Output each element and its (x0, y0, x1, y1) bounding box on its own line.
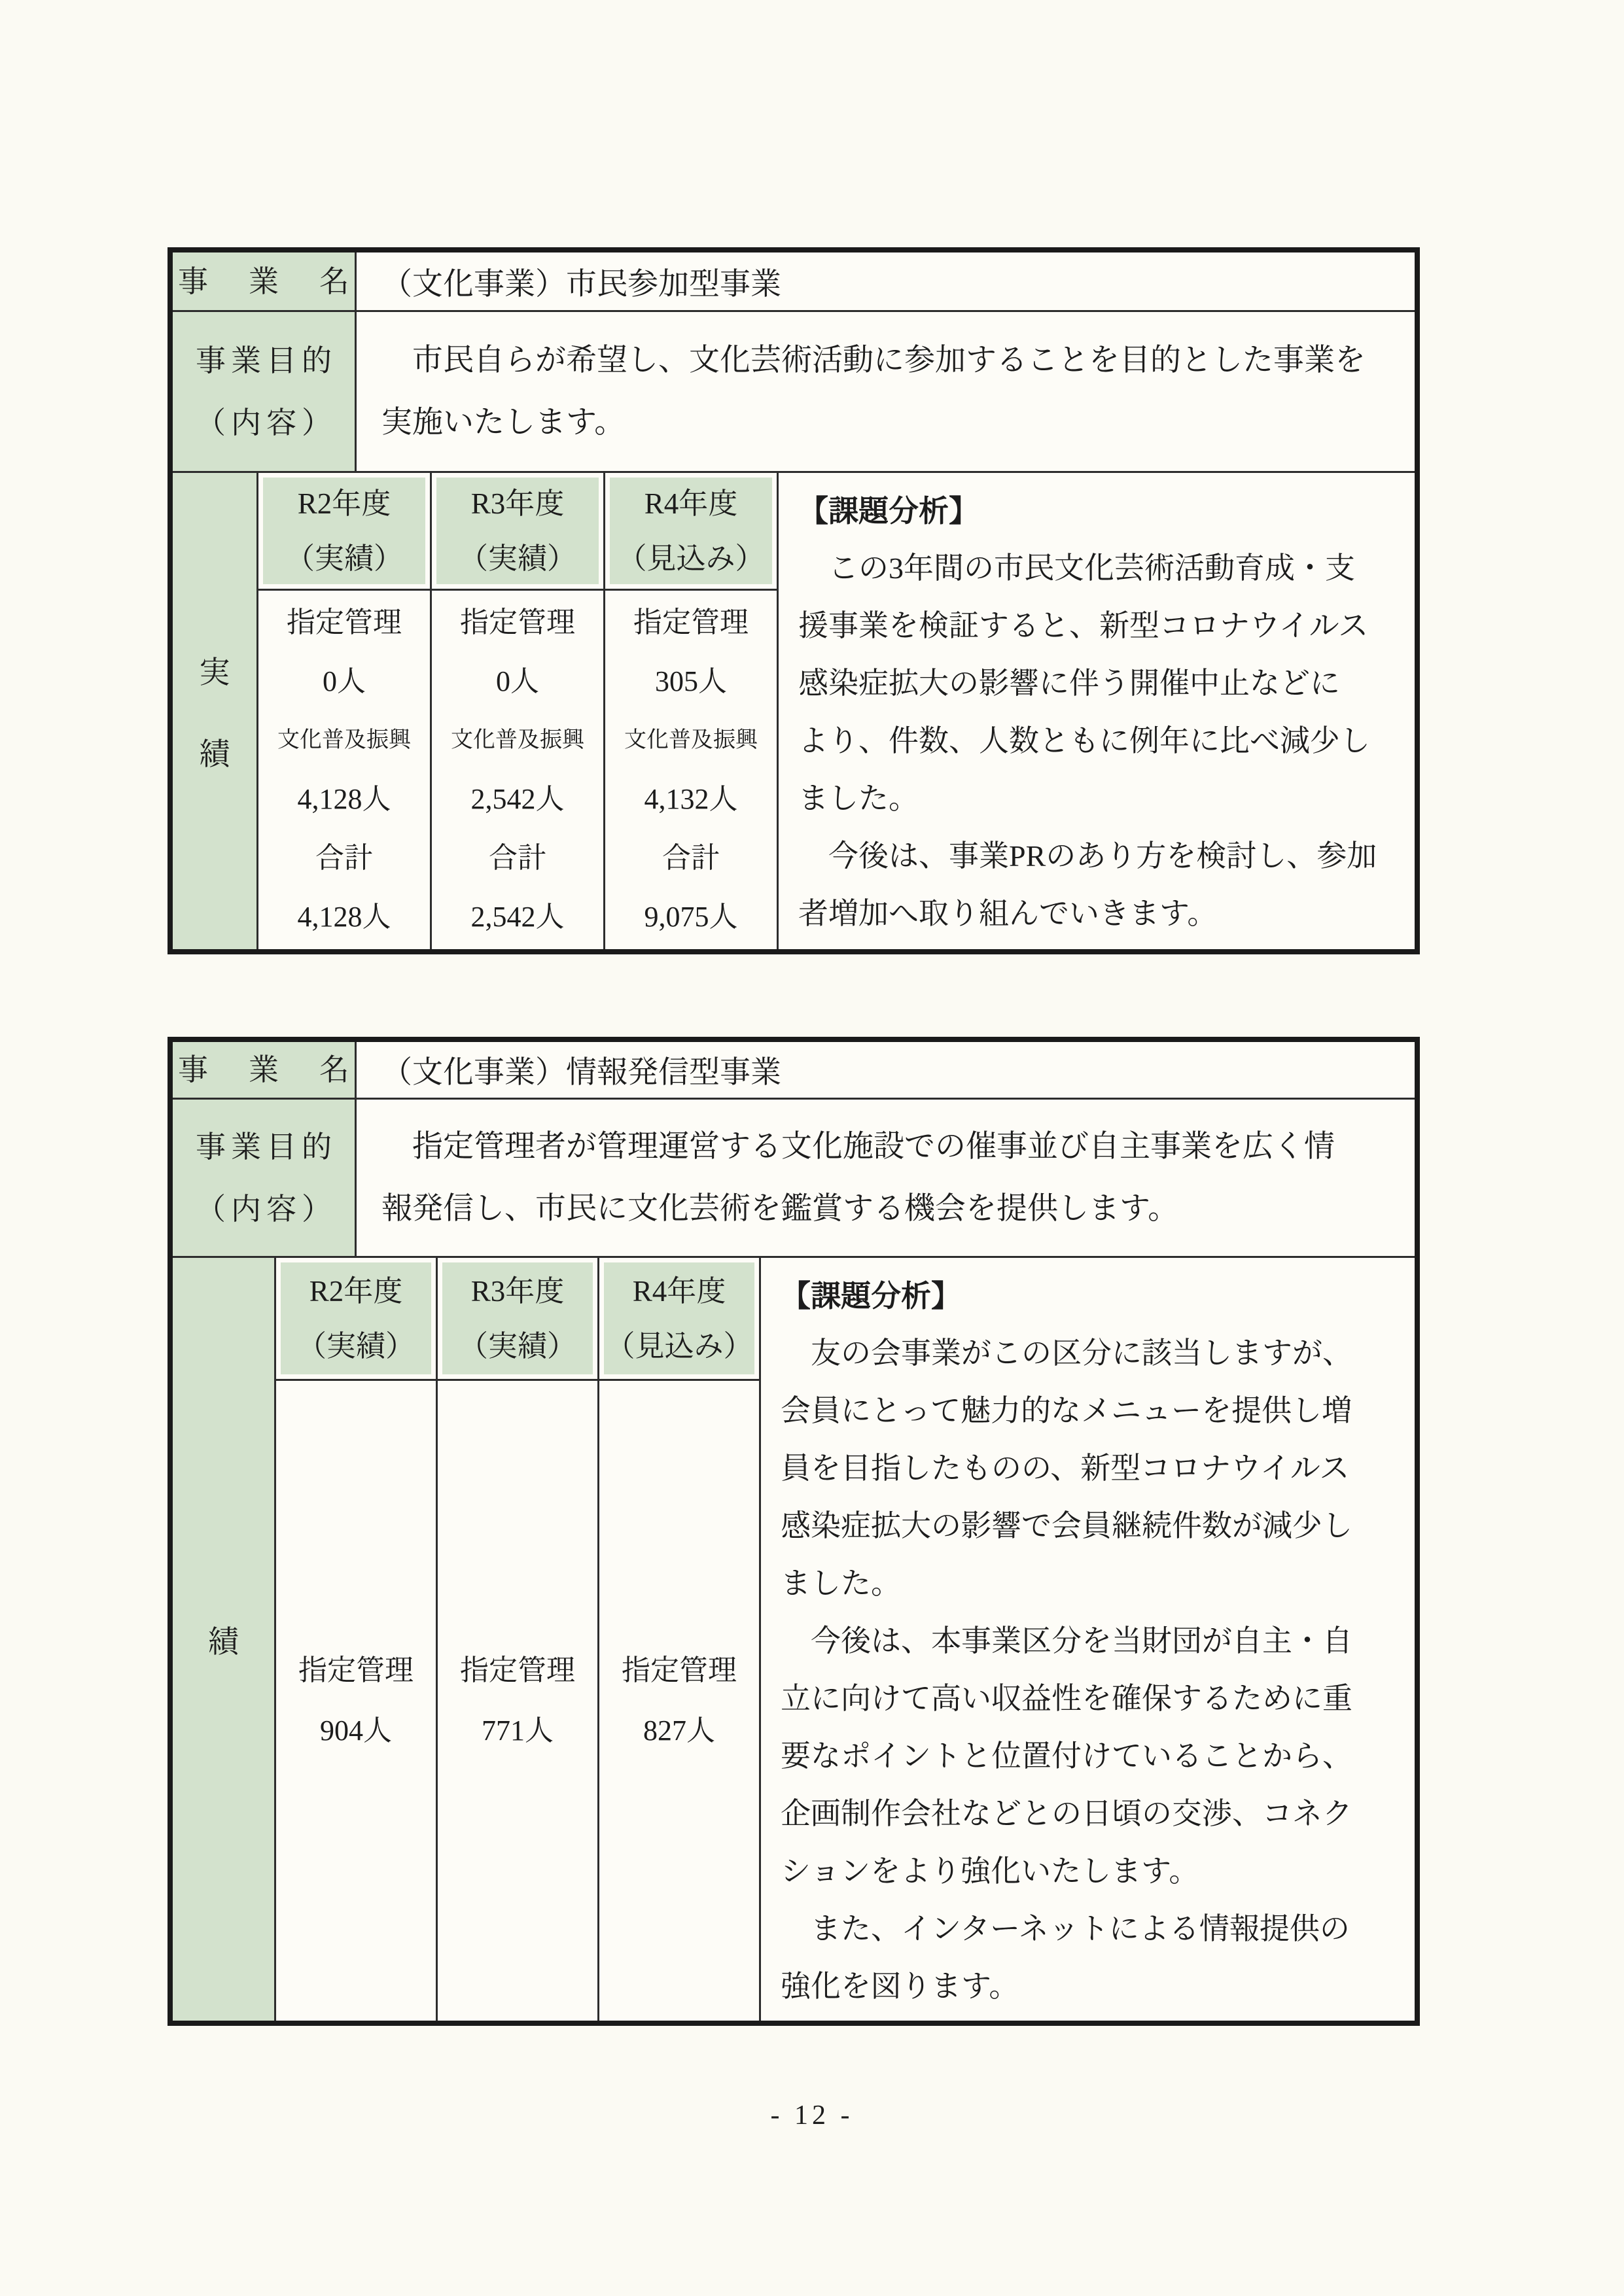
business-purpose-label-cell: 事業目的 （内容） (173, 312, 357, 471)
year-column-r2: R2年度 （実績） 指定管理 904人 (276, 1258, 438, 2021)
purpose-text-line: 指定管理者が管理運営する文化施設での催事並び自主事業を広く情 (381, 1116, 1388, 1178)
business-purpose-text: 指定管理者が管理運営する文化施設での催事並び自主事業を広く情 報発信し、市民に文… (357, 1100, 1415, 1256)
value-line: 4,128人 (298, 770, 391, 829)
year-column-values: 指定管理 904人 (276, 1381, 436, 2021)
value-line: 305人 (655, 652, 727, 711)
year-label: R4年度 (633, 1264, 726, 1319)
year-column-values: 指定管理 0人 文化普及振興 4,128人 合計 4,128人 (258, 591, 430, 949)
results-and-analysis-row: 実 績 R2年度 （実績） 指定管理 0人 文化普及振興 4,128人 合計 4… (173, 473, 1415, 949)
value-line: 827人 (643, 1715, 715, 1747)
business-purpose-label-cell: 事業目的 （内容） (173, 1100, 357, 1256)
issue-analysis-line: 感染症拡大の影響に伴う開催中止などに (798, 655, 1396, 712)
value-line: 4,132人 (644, 770, 738, 829)
business-name-value: （文化事業）市民参加型事業 (357, 252, 1415, 310)
value-line: 文化普及振興 (624, 711, 758, 770)
issue-analysis-line: また、インターネットによる情報提供の (781, 1900, 1396, 1958)
results-label-char: 実 (200, 648, 230, 692)
year-column-header: R4年度 （見込み） (605, 473, 777, 591)
business-name-label-cell: 事 業 名 (173, 252, 357, 310)
issue-analysis-line: 強化を図ります。 (781, 1958, 1396, 2015)
results-and-analysis-row: 績 R2年度 （実績） 指定管理 904人 R3年度 (173, 1258, 1415, 2021)
business-name-label: 事 業 名 (173, 1039, 355, 1101)
year-label: R3年度 (471, 476, 565, 531)
purpose-text-line: 実施いたします。 (381, 392, 1388, 454)
year-column-values: 指定管理 827人 (599, 1381, 759, 2021)
issue-analysis-heading: 【課題分析】 (798, 482, 1396, 540)
issue-analysis-line: 援事業を検証すると、新型コロナウイルス (798, 597, 1396, 655)
year-kind-label: （実績） (297, 1319, 415, 1374)
value-line: 指定管理 (622, 1655, 737, 1686)
purpose-text-line: 市民自らが希望し、文化芸術活動に参加することを目的とした事業を (381, 330, 1388, 392)
value-line: 文化普及振興 (277, 711, 411, 770)
project-table-citizen-participation: 事 業 名 （文化事業）市民参加型事業 事業目的 （内容） 市民自らが希望し、文… (168, 247, 1420, 954)
value-line: 合計 (489, 829, 546, 888)
scanned-document-page: 事 業 名 （文化事業）市民参加型事業 事業目的 （内容） 市民自らが希望し、文… (0, 0, 1624, 2296)
issue-analysis-line: 今後は、本事業区分を当財団が自主・自 (781, 1612, 1396, 1670)
value-line: 指定管理 (460, 593, 575, 652)
issue-analysis-line: ションをより強化いたします。 (781, 1843, 1396, 1900)
year-kind-label: （見込み） (617, 531, 764, 586)
value-line: 4,128人 (298, 888, 391, 947)
issue-analysis-line: 今後は、事業PRのあり方を検討し、参加 (798, 827, 1396, 885)
business-name-row: 事 業 名 （文化事業）情報発信型事業 (173, 1042, 1415, 1100)
purpose-label-line2: （内容） (190, 392, 337, 454)
issue-analysis-line: 企画制作会社などとの日頃の交渉、コネク (781, 1785, 1396, 1843)
issue-analysis-line: 要なポイントと位置付けていることから、 (781, 1728, 1396, 1785)
issue-analysis-line: この3年間の市民文化芸術活動育成・支 (798, 540, 1396, 597)
issue-analysis-line: より、件数、人数ともに例年に比べ減少し (798, 712, 1396, 770)
year-kind-label: （実績） (459, 1319, 576, 1374)
year-column-r3: R3年度 （実績） 指定管理 0人 文化普及振興 2,542人 合計 2,542… (432, 473, 605, 949)
results-header-column: 実 績 (173, 473, 258, 949)
year-column-r4: R4年度 （見込み） 指定管理 827人 (599, 1258, 761, 2021)
results-label-char: 績 (208, 1618, 239, 1661)
issue-analysis-line: 者増加へ取り組んでいきます。 (798, 885, 1396, 943)
year-kind-label: （実績） (459, 531, 576, 586)
issue-analysis-line: 員を目指したものの、新型コロナウイルス (781, 1440, 1396, 1497)
year-column-header: R4年度 （見込み） (599, 1258, 759, 1381)
project-table-information-dissemination: 事 業 名 （文化事業）情報発信型事業 事業目的 （内容） 指定管理者が管理運営… (168, 1037, 1420, 2026)
year-label: R3年度 (471, 1264, 565, 1319)
business-name-label-cell: 事 業 名 (173, 1042, 357, 1098)
value-line: 2,542人 (471, 888, 565, 947)
year-column-header: R2年度 （実績） (276, 1258, 436, 1381)
value-line: 2,542人 (471, 770, 565, 829)
year-column-r4: R4年度 （見込み） 指定管理 305人 文化普及振興 4,132人 合計 9,… (605, 473, 779, 949)
results-label-char: 績 (200, 730, 230, 774)
issue-analysis-cell: 【課題分析】 友の会事業がこの区分に該当しますが、 会員にとって魅力的なメニュー… (761, 1258, 1415, 2021)
issue-analysis-heading: 【課題分析】 (781, 1267, 1396, 1325)
issue-analysis-line: ました。 (798, 770, 1396, 827)
year-label: R2年度 (298, 476, 391, 531)
value-line: 指定管理 (460, 1655, 575, 1686)
business-name-label: 事 業 名 (173, 251, 355, 313)
purpose-label-line1: 事業目的 (190, 330, 337, 392)
value-line: 指定管理 (287, 593, 402, 652)
page-number: - 12 - (0, 2100, 1624, 2131)
value-line: 0人 (323, 652, 366, 711)
year-column-r3: R3年度 （実績） 指定管理 771人 (438, 1258, 599, 2021)
purpose-text-line: 報発信し、市民に文化芸術を鑑賞する機会を提供します。 (381, 1178, 1388, 1240)
purpose-label-line2: （内容） (190, 1178, 337, 1240)
results-header-column: 績 (173, 1258, 276, 2021)
value-line: 文化普及振興 (451, 711, 584, 770)
value-line: 合計 (315, 829, 373, 888)
issue-analysis-line: 友の会事業がこの区分に該当しますが、 (781, 1325, 1396, 1382)
business-purpose-row: 事業目的 （内容） 指定管理者が管理運営する文化施設での催事並び自主事業を広く情… (173, 1100, 1415, 1258)
value-line: 0人 (496, 652, 539, 711)
value-line: 合計 (662, 829, 720, 888)
year-kind-label: （見込み） (605, 1319, 752, 1374)
year-label: R2年度 (309, 1264, 403, 1319)
issue-analysis-line: 会員にとって魅力的なメニューを提供し増 (781, 1382, 1396, 1440)
value-line: 904人 (320, 1715, 392, 1747)
year-column-header: R3年度 （実績） (432, 473, 603, 591)
purpose-label-line1: 事業目的 (190, 1116, 337, 1178)
year-column-header: R3年度 （実績） (438, 1258, 597, 1381)
issue-analysis-line: 感染症拡大の影響で会員継続件数が減少し (781, 1497, 1396, 1555)
year-column-r2: R2年度 （実績） 指定管理 0人 文化普及振興 4,128人 合計 4,128… (258, 473, 432, 949)
year-column-header: R2年度 （実績） (258, 473, 430, 591)
year-label: R4年度 (644, 476, 738, 531)
business-name-row: 事 業 名 （文化事業）市民参加型事業 (173, 252, 1415, 312)
business-name-value: （文化事業）情報発信型事業 (357, 1042, 1415, 1098)
year-column-values: 指定管理 771人 (438, 1381, 597, 2021)
issue-analysis-line: 立に向けて高い収益性を確保するために重 (781, 1670, 1396, 1728)
value-line: 771人 (482, 1715, 554, 1747)
year-kind-label: （実績） (285, 531, 403, 586)
issue-analysis-line: ました。 (781, 1555, 1396, 1612)
value-line: 指定管理 (298, 1655, 414, 1686)
year-column-values: 指定管理 305人 文化普及振興 4,132人 合計 9,075人 (605, 591, 777, 949)
business-purpose-text: 市民自らが希望し、文化芸術活動に参加することを目的とした事業を 実施いたします。 (357, 312, 1415, 471)
value-line: 指定管理 (633, 593, 749, 652)
issue-analysis-cell: 【課題分析】 この3年間の市民文化芸術活動育成・支 援事業を検証すると、新型コロ… (779, 473, 1415, 949)
value-line: 9,075人 (644, 888, 738, 947)
year-column-values: 指定管理 0人 文化普及振興 2,542人 合計 2,542人 (432, 591, 603, 949)
business-purpose-row: 事業目的 （内容） 市民自らが希望し、文化芸術活動に参加することを目的とした事業… (173, 312, 1415, 473)
